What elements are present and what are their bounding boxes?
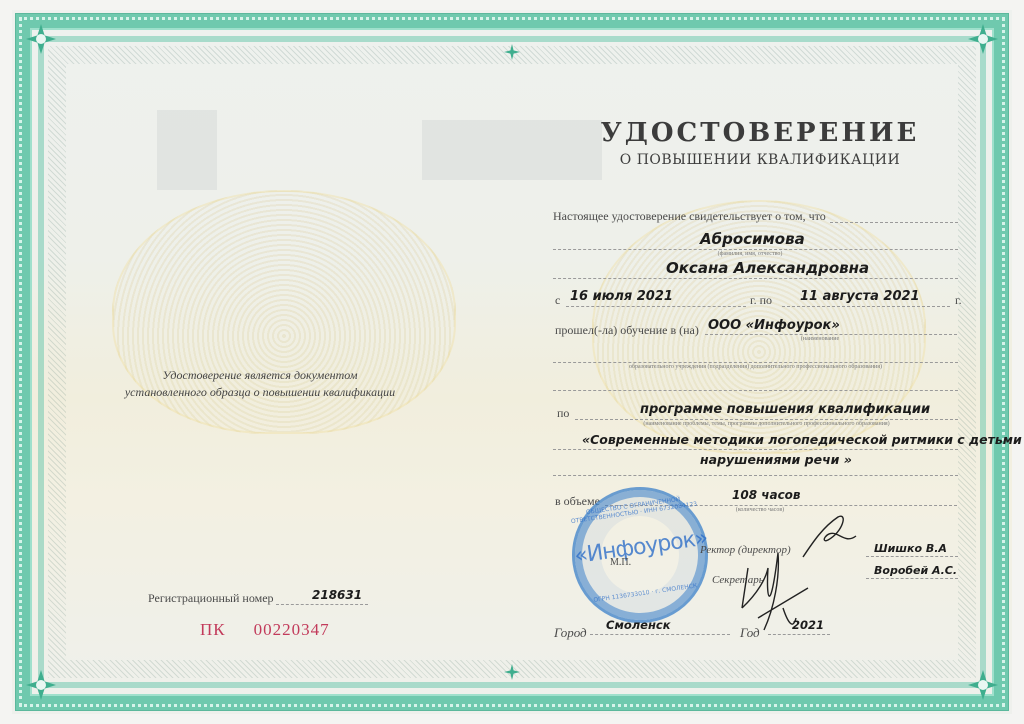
document-subtitle: О ПОВЫШЕНИИ КВАЛИФИКАЦИИ — [600, 152, 920, 168]
underline — [830, 222, 958, 223]
serial-digits: 00220347 — [254, 620, 330, 639]
underline — [866, 578, 958, 579]
program-type: программе повышения квалификации — [640, 402, 930, 417]
underline — [782, 306, 950, 307]
underline — [575, 419, 958, 420]
left-note-line-2: установленного образца о повышении квали… — [100, 385, 420, 400]
to-label: г. по — [750, 293, 772, 308]
document-title: УДОСТОВЕРЕНИЕ — [600, 118, 920, 148]
rector-name: Шишко В.А — [874, 542, 947, 555]
stamp-place-label: М.П. — [610, 557, 631, 568]
watermark-shape — [157, 110, 217, 190]
year-suffix: г. — [955, 293, 962, 308]
underline — [566, 306, 746, 307]
volume-hours: 108 часов — [732, 488, 801, 502]
intro-text: Настоящее удостоверение свидетельствует … — [553, 209, 826, 224]
underline — [553, 278, 958, 279]
institution: ООО «Инфоурок» — [708, 318, 840, 333]
underline — [553, 390, 958, 391]
underline — [553, 475, 958, 476]
institution-hint-2: образовательного учреждения (подразделен… — [553, 364, 958, 370]
underline — [553, 249, 958, 250]
surname: Абросимова — [700, 230, 805, 248]
underline — [553, 362, 958, 363]
date-from: 16 июля 2021 — [570, 289, 673, 304]
stamp-center-text: «Инфоурок» — [573, 526, 705, 569]
underline — [866, 556, 958, 557]
studied-label: прошел(-ла) обучение в (на) — [555, 323, 699, 338]
city: Смоленск — [606, 618, 671, 632]
underline — [590, 634, 730, 635]
serial-series: ПК — [200, 620, 226, 639]
program-label: по — [557, 406, 569, 421]
serial-number: ПК00220347 — [200, 620, 330, 640]
registration-label: Регистрационный номер — [148, 591, 274, 606]
year-label: Год — [740, 625, 760, 641]
registration-underline — [276, 604, 368, 605]
underline — [553, 449, 958, 450]
city-label: Город — [554, 625, 587, 641]
underline — [768, 634, 830, 635]
given-names: Оксана Александровна — [666, 259, 869, 277]
watermark-shape — [422, 120, 602, 180]
registration-number: 218631 — [312, 588, 362, 602]
date-to: 11 августа 2021 — [800, 289, 920, 304]
program-hint: (наименование проблемы, темы, программы … — [575, 421, 958, 427]
underline — [705, 334, 957, 335]
institution-hint-1: (наименование — [790, 336, 850, 342]
volume-hint: (количество часов) — [730, 507, 790, 513]
program-name-line-1: «Современные методики логопедической рит… — [582, 432, 1024, 447]
year: 2021 — [792, 618, 824, 632]
from-label: с — [555, 293, 560, 308]
left-note-line-1: Удостоверение является документом — [100, 368, 420, 383]
name-hint: (фамилия, имя, отчество) — [700, 251, 800, 257]
program-name-line-2: нарушениями речи » — [700, 452, 852, 467]
secretary-name: Воробей А.С. — [874, 564, 957, 577]
